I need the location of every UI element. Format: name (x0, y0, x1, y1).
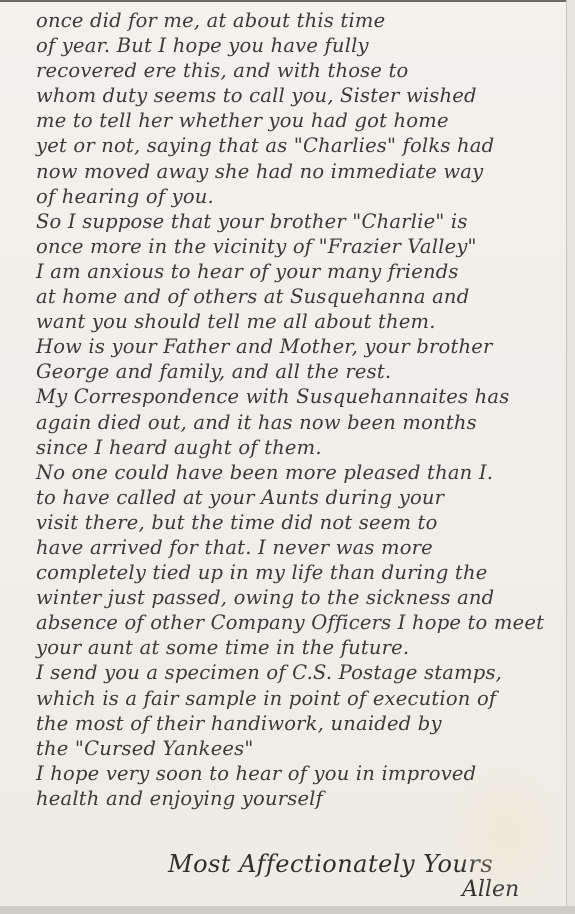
letter-line: to have called at your Aunts during your (36, 485, 556, 510)
letter-line: health and enjoying yourself (36, 786, 556, 811)
letter-line: now moved away she had no immediate way (36, 159, 556, 184)
letter-line: want you should tell me all about them. (36, 309, 556, 334)
letter-line: I hope very soon to hear of you in impro… (36, 761, 556, 786)
letter-line: winter just passed, owing to the sicknes… (36, 585, 556, 610)
letter-closing: Most Affectionately Yours (168, 850, 493, 878)
paper-right-edge (566, 0, 575, 914)
letter-line: again died out, and it has now been mont… (36, 410, 556, 435)
letter-line: How is your Father and Mother, your brot… (36, 334, 556, 359)
letter-line: your aunt at some time in the future. (36, 635, 556, 660)
letter-line: the "Cursed Yankees" (36, 736, 556, 761)
letter-body: once did for me, at about this time of y… (36, 8, 556, 811)
letter-line: My Correspondence with Susquehannaites h… (36, 384, 556, 409)
paper-bottom-edge (0, 906, 575, 914)
letter-line: once more in the vicinity of "Frazier Va… (36, 234, 556, 259)
letter-line: I send you a specimen of C.S. Postage st… (36, 660, 556, 685)
letter-line: George and family, and all the rest. (36, 359, 556, 384)
letter-line: visit there, but the time did not seem t… (36, 510, 556, 535)
letter-line: I am anxious to hear of your many friend… (36, 259, 556, 284)
letter-line: at home and of others at Susquehanna and (36, 284, 556, 309)
letter-page: once did for me, at about this time of y… (0, 0, 566, 906)
letter-line: absence of other Company Officers I hope… (36, 610, 556, 635)
letter-line: have arrived for that. I never was more (36, 535, 556, 560)
letter-line: of year. But I hope you have fully (36, 33, 556, 58)
letter-line: whom duty seems to call you, Sister wish… (36, 83, 556, 108)
letter-line: recovered ere this, and with those to (36, 58, 556, 83)
letter-line: of hearing of you. (36, 184, 556, 209)
letter-line: completely tied up in my life than durin… (36, 560, 556, 585)
letter-line: the most of their handiwork, unaided by (36, 711, 556, 736)
letter-line: which is a fair sample in point of execu… (36, 686, 556, 711)
letter-line: No one could have been more pleased than… (36, 460, 556, 485)
letter-line: me to tell her whether you had got home (36, 108, 556, 133)
letter-line: once did for me, at about this time (36, 8, 556, 33)
letter-line: since I heard aught of them. (36, 435, 556, 460)
letter-signature: Allen (462, 877, 519, 902)
letter-line: So I suppose that your brother "Charlie"… (36, 209, 556, 234)
letter-line: yet or not, saying that as "Charlies" fo… (36, 133, 556, 158)
